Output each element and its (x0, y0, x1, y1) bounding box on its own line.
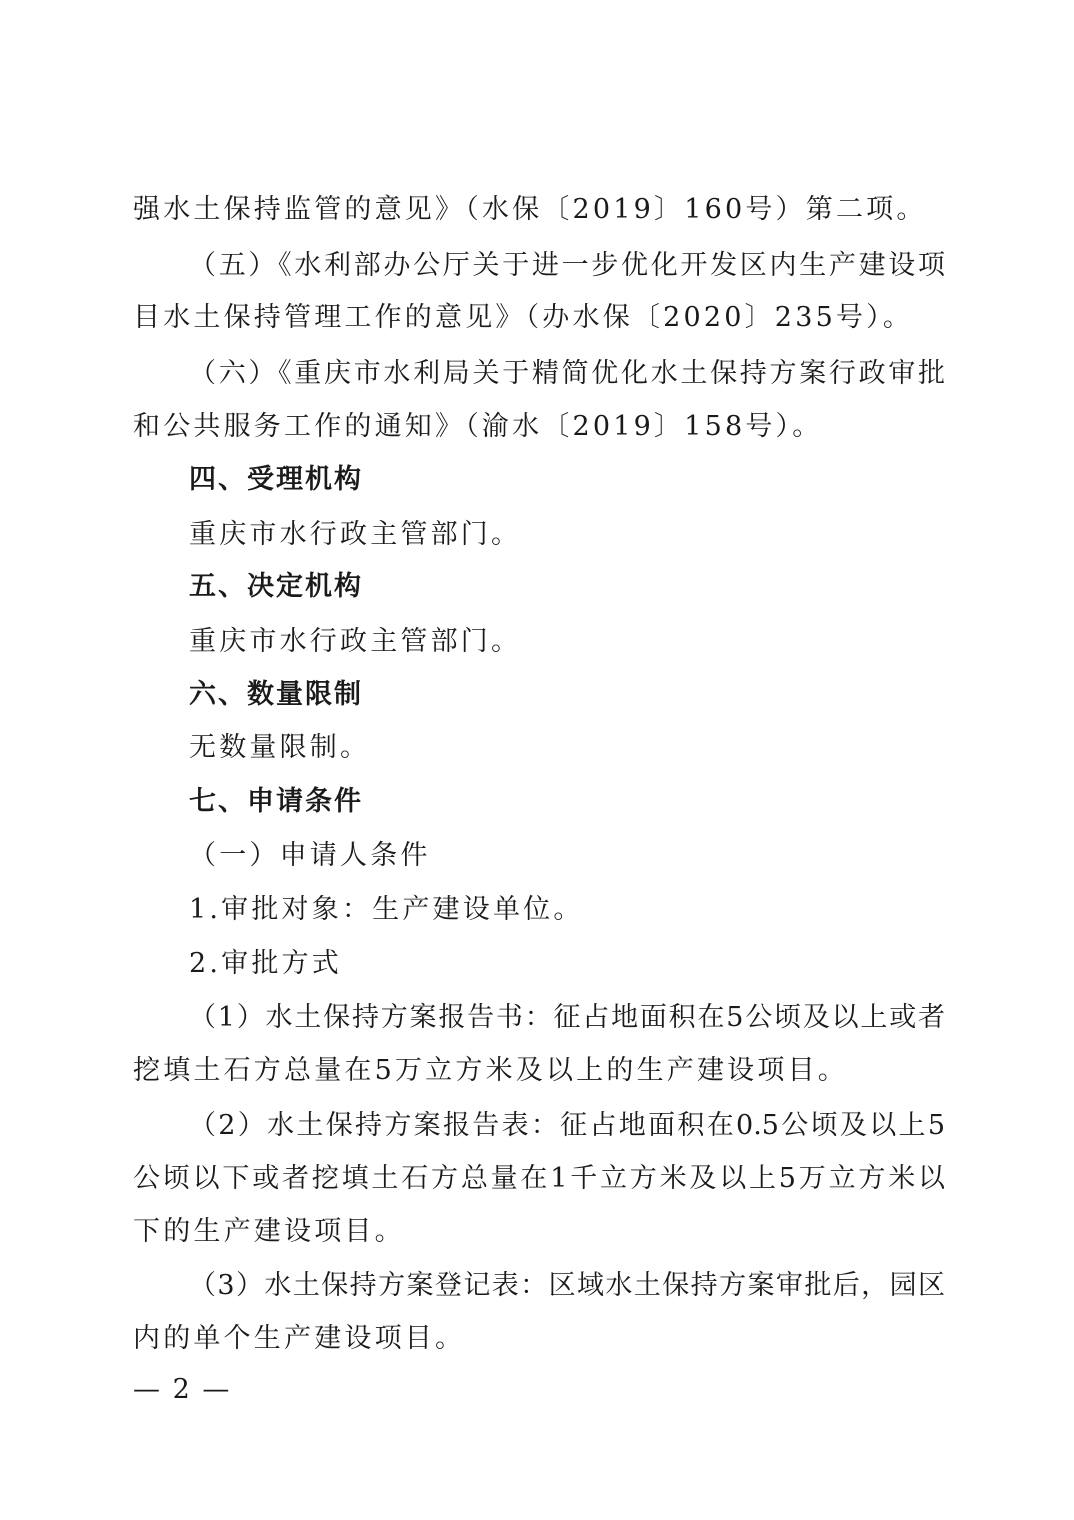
section-heading: 五、决定机构 (189, 567, 1001, 607)
paragraph-line: 目水土保持管理工作的意见》（办水保〔2020〕235号）。 (133, 298, 945, 338)
paragraph-line: （六）《重庆市水利局关于精简优化水土保持方案行政审批 (189, 354, 945, 394)
paragraph-line: 挖填土石方总量在5万立方米及以上的生产建设项目。 (133, 1051, 945, 1091)
paragraph-line: （3）水土保持方案登记表：区域水土保持方案审批后，园区 (189, 1266, 945, 1306)
section-heading: 四、受理机构 (189, 460, 1001, 500)
section-body: 重庆市水行政主管部门。 (189, 622, 1001, 662)
paragraph-line: （1）水土保持方案报告书：征占地面积在5公顷及以上或者 (189, 998, 945, 1038)
paragraph-line: 下的生产建设项目。 (133, 1212, 945, 1252)
paragraph-line: （五）《水利部办公厅关于进一步优化开发区内生产建设项 (189, 246, 945, 286)
subsection-title: （一）申请人条件 (189, 836, 1001, 876)
section-heading: 六、数量限制 (189, 675, 1001, 715)
paragraph-line: 和公共服务工作的通知》（渝水〔2019〕158号）。 (133, 407, 945, 447)
section-body: 无数量限制。 (189, 728, 1001, 768)
section-heading: 七、申请条件 (189, 782, 1001, 822)
paragraph-line: （2）水土保持方案报告表：征占地面积在0.5公顷及以上5 (189, 1106, 945, 1146)
list-item: 1.审批对象：生产建设单位。 (189, 890, 1001, 930)
section-body: 重庆市水行政主管部门。 (189, 515, 1001, 555)
paragraph-line: 公顷以下或者挖填土石方总量在1千立方米及以上5万立方米以 (133, 1159, 945, 1199)
list-item: 2.审批方式 (189, 944, 1001, 984)
paragraph-line: 内的单个生产建设项目。 (133, 1319, 945, 1359)
page-number: — 2 — (133, 1370, 231, 1410)
paragraph-line: 强水土保持监管的意见》（水保〔2019〕160号）第二项。 (133, 190, 945, 230)
